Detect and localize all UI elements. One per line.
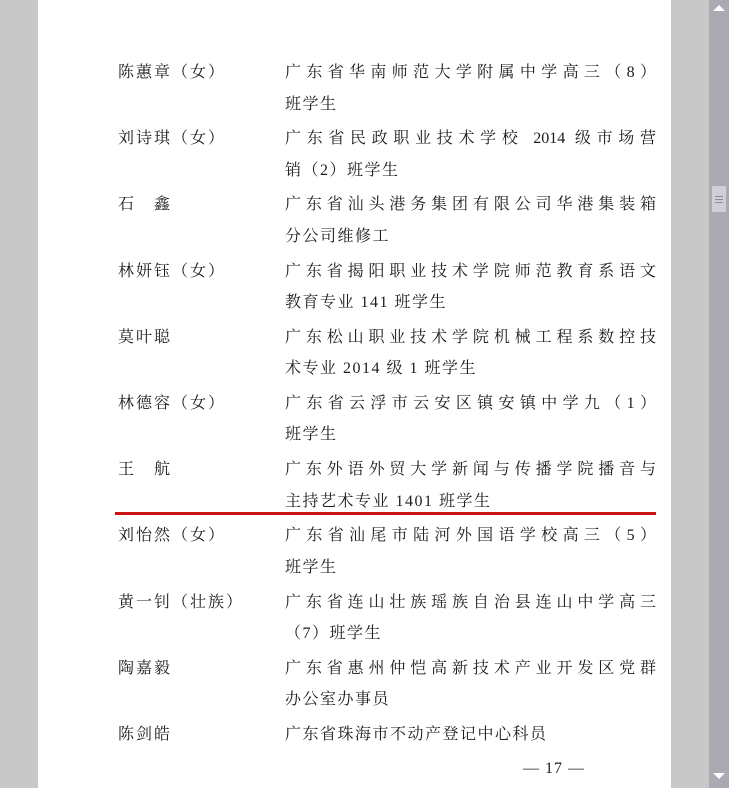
person-name: 林德容（女）: [118, 388, 285, 451]
person-description: 广东松山职业技术学院机械工程系数控技术专业 2014 级 1 班学生: [285, 322, 656, 385]
description-line: 广东省揭阳职业技术学院师范教育系语文: [285, 256, 656, 288]
person-name: 刘怡然（女）: [118, 520, 285, 583]
vertical-scrollbar[interactable]: [709, 0, 729, 788]
list-item: 林德容（女） 广东省云浮市云安区镇安镇中学九（1）班学生: [118, 388, 656, 451]
scrollbar-thumb[interactable]: [712, 186, 726, 212]
description-line: 教育专业 141 班学生: [285, 287, 656, 319]
scroll-up-button[interactable]: [709, 0, 729, 16]
scroll-up-arrow-icon: [713, 5, 725, 11]
person-description: 广东省连山壮族瑶族自治县连山中学高三（7）班学生: [285, 587, 656, 650]
document-viewer: 陈蕙章（女） 广东省华南师范大学附属中学高三（8）班学生 刘诗琪（女） 广东省民…: [0, 0, 729, 788]
list-item: 莫叶聪 广东松山职业技术学院机械工程系数控技术专业 2014 级 1 班学生: [118, 322, 656, 385]
description-line: 广东省民政职业技术学校 2014 级市场营: [285, 123, 656, 155]
person-description: 广东省汕尾市陆河外国语学校高三（5）班学生: [285, 520, 656, 583]
scroll-down-arrow-icon: [713, 773, 725, 779]
person-description: 广东省揭阳职业技术学院师范教育系语文教育专业 141 班学生: [285, 256, 656, 319]
person-description: 广东外语外贸大学新闻与传播学院播音与主持艺术专业 1401 班学生: [285, 454, 656, 517]
person-description: 广东省汕头港务集团有限公司华港集装箱分公司维修工: [285, 189, 656, 252]
person-name: 林妍钰（女）: [118, 256, 285, 319]
scroll-thumb-grip-icon: [715, 199, 723, 200]
scroll-down-button[interactable]: [709, 768, 729, 784]
description-line: 分公司维修工: [285, 221, 656, 253]
list-item: 石 鑫 广东省汕头港务集团有限公司华港集装箱分公司维修工: [118, 189, 656, 252]
person-name: 石 鑫: [118, 189, 285, 252]
description-line: 广东省珠海市不动产登记中心科员: [285, 719, 656, 751]
person-name: 陈蕙章（女）: [118, 57, 285, 120]
description-line: 广东省汕头港务集团有限公司华港集装箱: [285, 189, 656, 221]
description-line: 广东松山职业技术学院机械工程系数控技: [285, 322, 656, 354]
person-description: 广东省云浮市云安区镇安镇中学九（1）班学生: [285, 388, 656, 451]
description-line: 销（2）班学生: [285, 155, 656, 187]
page-number: — 17 —: [523, 760, 585, 778]
list-item: 王 航 广东外语外贸大学新闻与传播学院播音与主持艺术专业 1401 班学生: [118, 454, 656, 517]
person-name: 陶嘉毅: [118, 653, 285, 716]
description-line: 班学生: [285, 552, 656, 584]
person-name: 莫叶聪: [118, 322, 285, 385]
list-item: 陶嘉毅 广东省惠州仲恺高新技术产业开发区党群办公室办事员: [118, 653, 656, 716]
person-description: 广东省民政职业技术学校 2014 级市场营销（2）班学生: [285, 123, 656, 186]
person-name: 陈剑皓: [118, 719, 285, 751]
list-item: 刘怡然（女） 广东省汕尾市陆河外国语学校高三（5）班学生: [118, 520, 656, 583]
description-line: 广东省连山壮族瑶族自治县连山中学高三: [285, 587, 656, 619]
entries-list: 陈蕙章（女） 广东省华南师范大学附属中学高三（8）班学生 刘诗琪（女） 广东省民…: [118, 57, 656, 754]
list-item: 林妍钰（女） 广东省揭阳职业技术学院师范教育系语文教育专业 141 班学生: [118, 256, 656, 319]
description-line: 广东省华南师范大学附属中学高三（8）: [285, 57, 656, 89]
document-page: 陈蕙章（女） 广东省华南师范大学附属中学高三（8）班学生 刘诗琪（女） 广东省民…: [38, 0, 671, 788]
scroll-thumb-grip-icon: [715, 202, 723, 203]
red-underline-annotation: [115, 512, 656, 515]
person-description: 广东省华南师范大学附属中学高三（8）班学生: [285, 57, 656, 120]
description-line: 广东省汕尾市陆河外国语学校高三（5）: [285, 520, 656, 552]
list-item: 刘诗琪（女） 广东省民政职业技术学校 2014 级市场营销（2）班学生: [118, 123, 656, 186]
description-line: 办公室办事员: [285, 684, 656, 716]
person-name: 黄一钊（壮族）: [118, 587, 285, 650]
description-line: 班学生: [285, 419, 656, 451]
scroll-thumb-grip-icon: [715, 196, 723, 197]
list-item: 黄一钊（壮族） 广东省连山壮族瑶族自治县连山中学高三（7）班学生: [118, 587, 656, 650]
person-description: 广东省惠州仲恺高新技术产业开发区党群办公室办事员: [285, 653, 656, 716]
list-item: 陈蕙章（女） 广东省华南师范大学附属中学高三（8）班学生: [118, 57, 656, 120]
description-line: 广东省云浮市云安区镇安镇中学九（1）: [285, 388, 656, 420]
description-line: 广东省惠州仲恺高新技术产业开发区党群: [285, 653, 656, 685]
list-item: 陈剑皓 广东省珠海市不动产登记中心科员: [118, 719, 656, 751]
person-name: 刘诗琪（女）: [118, 123, 285, 186]
description-line: 广东外语外贸大学新闻与传播学院播音与: [285, 454, 656, 486]
description-line: 班学生: [285, 89, 656, 121]
person-description: 广东省珠海市不动产登记中心科员: [285, 719, 656, 751]
description-line: （7）班学生: [285, 618, 656, 650]
description-line: 术专业 2014 级 1 班学生: [285, 353, 656, 385]
person-name: 王 航: [118, 454, 285, 517]
